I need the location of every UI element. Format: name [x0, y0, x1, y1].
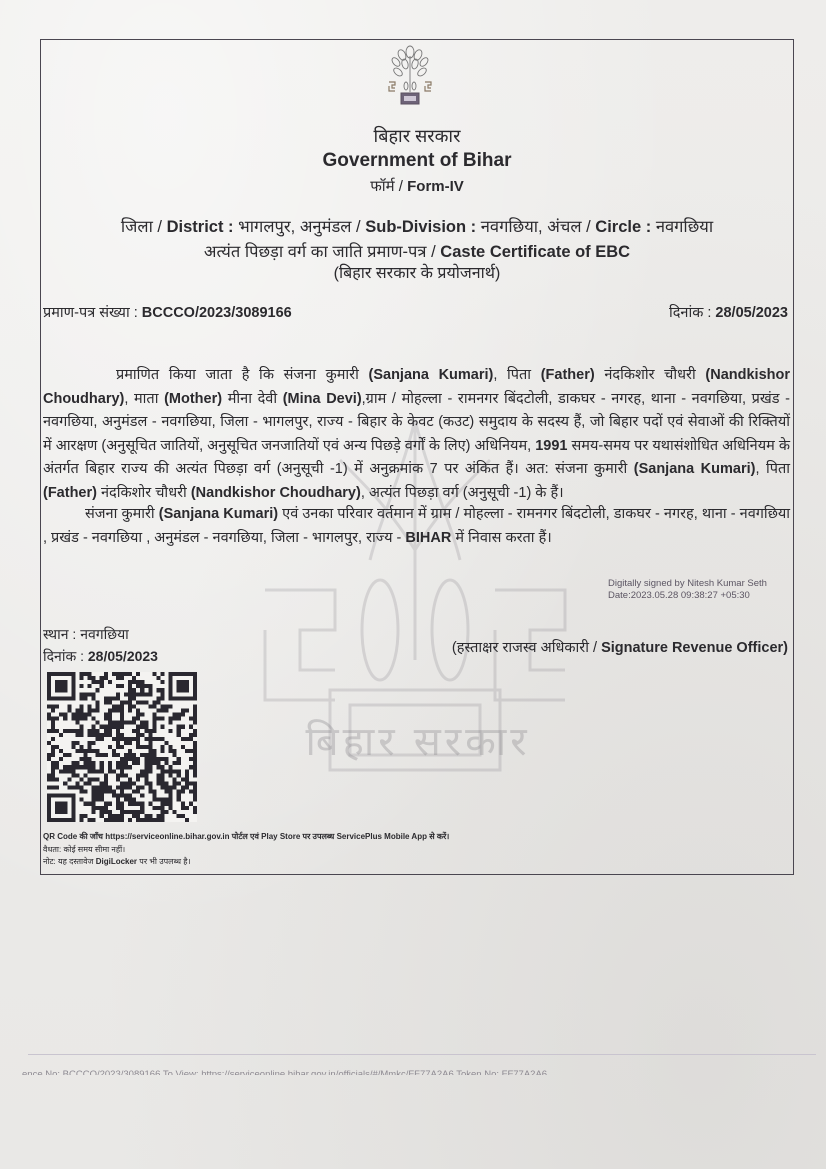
note-qr-verification: QR Code की जाँच https://serviceonline.bi…	[43, 831, 449, 844]
place-label: स्थान :	[43, 626, 76, 642]
qr-code[interactable]	[47, 672, 197, 822]
note-store: Play Store	[261, 832, 300, 841]
circle-value: नवगछिया	[656, 218, 713, 236]
signature-date-value: 28/05/2023	[88, 648, 158, 664]
digital-signature: Digitally signed by Nitesh Kumar Seth Da…	[608, 578, 767, 601]
verification-url-link[interactable]: https://serviceonline.bihar.gov.in	[105, 832, 229, 841]
place: स्थान : नवगछिया	[43, 625, 129, 644]
certification-paragraph: प्रमाणित किया जाता है कि संजना कुमारी (S…	[43, 364, 790, 505]
district-value: भागलपुर,	[238, 218, 295, 236]
issue-date-value: 28/05/2023	[715, 305, 788, 321]
certificate-title-hi: अत्यंत पिछड़ा वर्ग का जाति प्रमाण-पत्र /	[204, 243, 436, 261]
residence-paragraph: संजना कुमारी (Sanjana Kumari) एवं उनका प…	[43, 503, 790, 550]
cert-no-value: BCCCO/2023/3089166	[142, 305, 292, 321]
form-label-english: Form-IV	[407, 178, 464, 195]
subdivision-label-en: Sub-Division :	[365, 218, 476, 236]
note-qr-text: QR Code की जाँच	[43, 832, 105, 841]
note-text: पोर्टल एवं	[230, 832, 262, 841]
district-label-en: District :	[167, 218, 234, 236]
form-number: फॉर्म / Form-IV	[40, 176, 794, 196]
note-text: नोट: यह दस्तावेज	[43, 857, 96, 866]
note-digilocker: नोट: यह दस्तावेज DigiLocker पर भी उपलब्ध…	[43, 856, 449, 869]
state-title-hindi: बिहार सरकार	[40, 124, 794, 148]
district-label-hi: जिला /	[121, 218, 162, 236]
place-value: नवगछिया	[80, 626, 129, 642]
issue-date: दिनांक : 28/05/2023	[669, 302, 788, 322]
signature-date-label: दिनांक :	[43, 648, 84, 664]
officer-signature-caption: (हस्ताक्षर राजस्व अधिकारी / Signature Re…	[452, 637, 788, 657]
bihar-emblem-icon	[385, 42, 435, 108]
state-title-english: Government of Bihar	[40, 150, 794, 172]
digital-signature-signer: Digitally signed by Nitesh Kumar Seth	[608, 578, 767, 590]
circle-label-hi: अंचल /	[547, 218, 590, 236]
cert-no-label: प्रमाण-पत्र संख्या :	[43, 305, 138, 321]
note-text: पर उपलब्ध	[300, 832, 336, 841]
note-app: ServicePlus Mobile App	[337, 832, 427, 841]
footer-reference: ence No: BCCCO/2023/3089166 To View: htt…	[22, 1068, 682, 1075]
subdivision-label-hi: अनुमंडल /	[300, 218, 361, 236]
subdivision-value: नवगछिया,	[481, 218, 543, 236]
note-text: से करें।	[427, 832, 449, 841]
form-label-hindi: फॉर्म /	[370, 178, 403, 195]
certificate-purpose: (बिहार सरकार के प्रयोजनार्थ)	[40, 261, 794, 283]
certificate-title-en: Caste Certificate of EBC	[440, 243, 630, 261]
certificate-title: अत्यंत पिछड़ा वर्ग का जाति प्रमाण-पत्र /…	[40, 239, 794, 262]
officer-caption-hi: (हस्ताक्षर राजस्व अधिकारी /	[452, 640, 597, 656]
note-text: पर भी उपलब्ध है।	[137, 857, 190, 866]
signature-date: दिनांक : 28/05/2023	[43, 647, 158, 666]
jurisdiction-line: जिला / District : भागलपुर, अनुमंडल / Sub…	[40, 214, 794, 237]
watermark-text: बिहार सरकार	[283, 712, 553, 767]
circle-label-en: Circle :	[595, 218, 651, 236]
digital-signature-date: Date:2023.05.28 09:38:27 +05:30	[608, 590, 767, 602]
certificate-number: प्रमाण-पत्र संख्या : BCCCO/2023/3089166	[43, 302, 292, 322]
note-digilocker-name: DigiLocker	[96, 857, 137, 866]
issue-date-label: दिनांक :	[669, 305, 711, 321]
note-validity: वैधता: कोई समय सीमा नहीं।	[43, 844, 449, 857]
footer-divider	[28, 1054, 816, 1055]
verification-notes: QR Code की जाँच https://serviceonline.bi…	[43, 831, 449, 869]
officer-caption-en: Signature Revenue Officer)	[601, 640, 788, 656]
